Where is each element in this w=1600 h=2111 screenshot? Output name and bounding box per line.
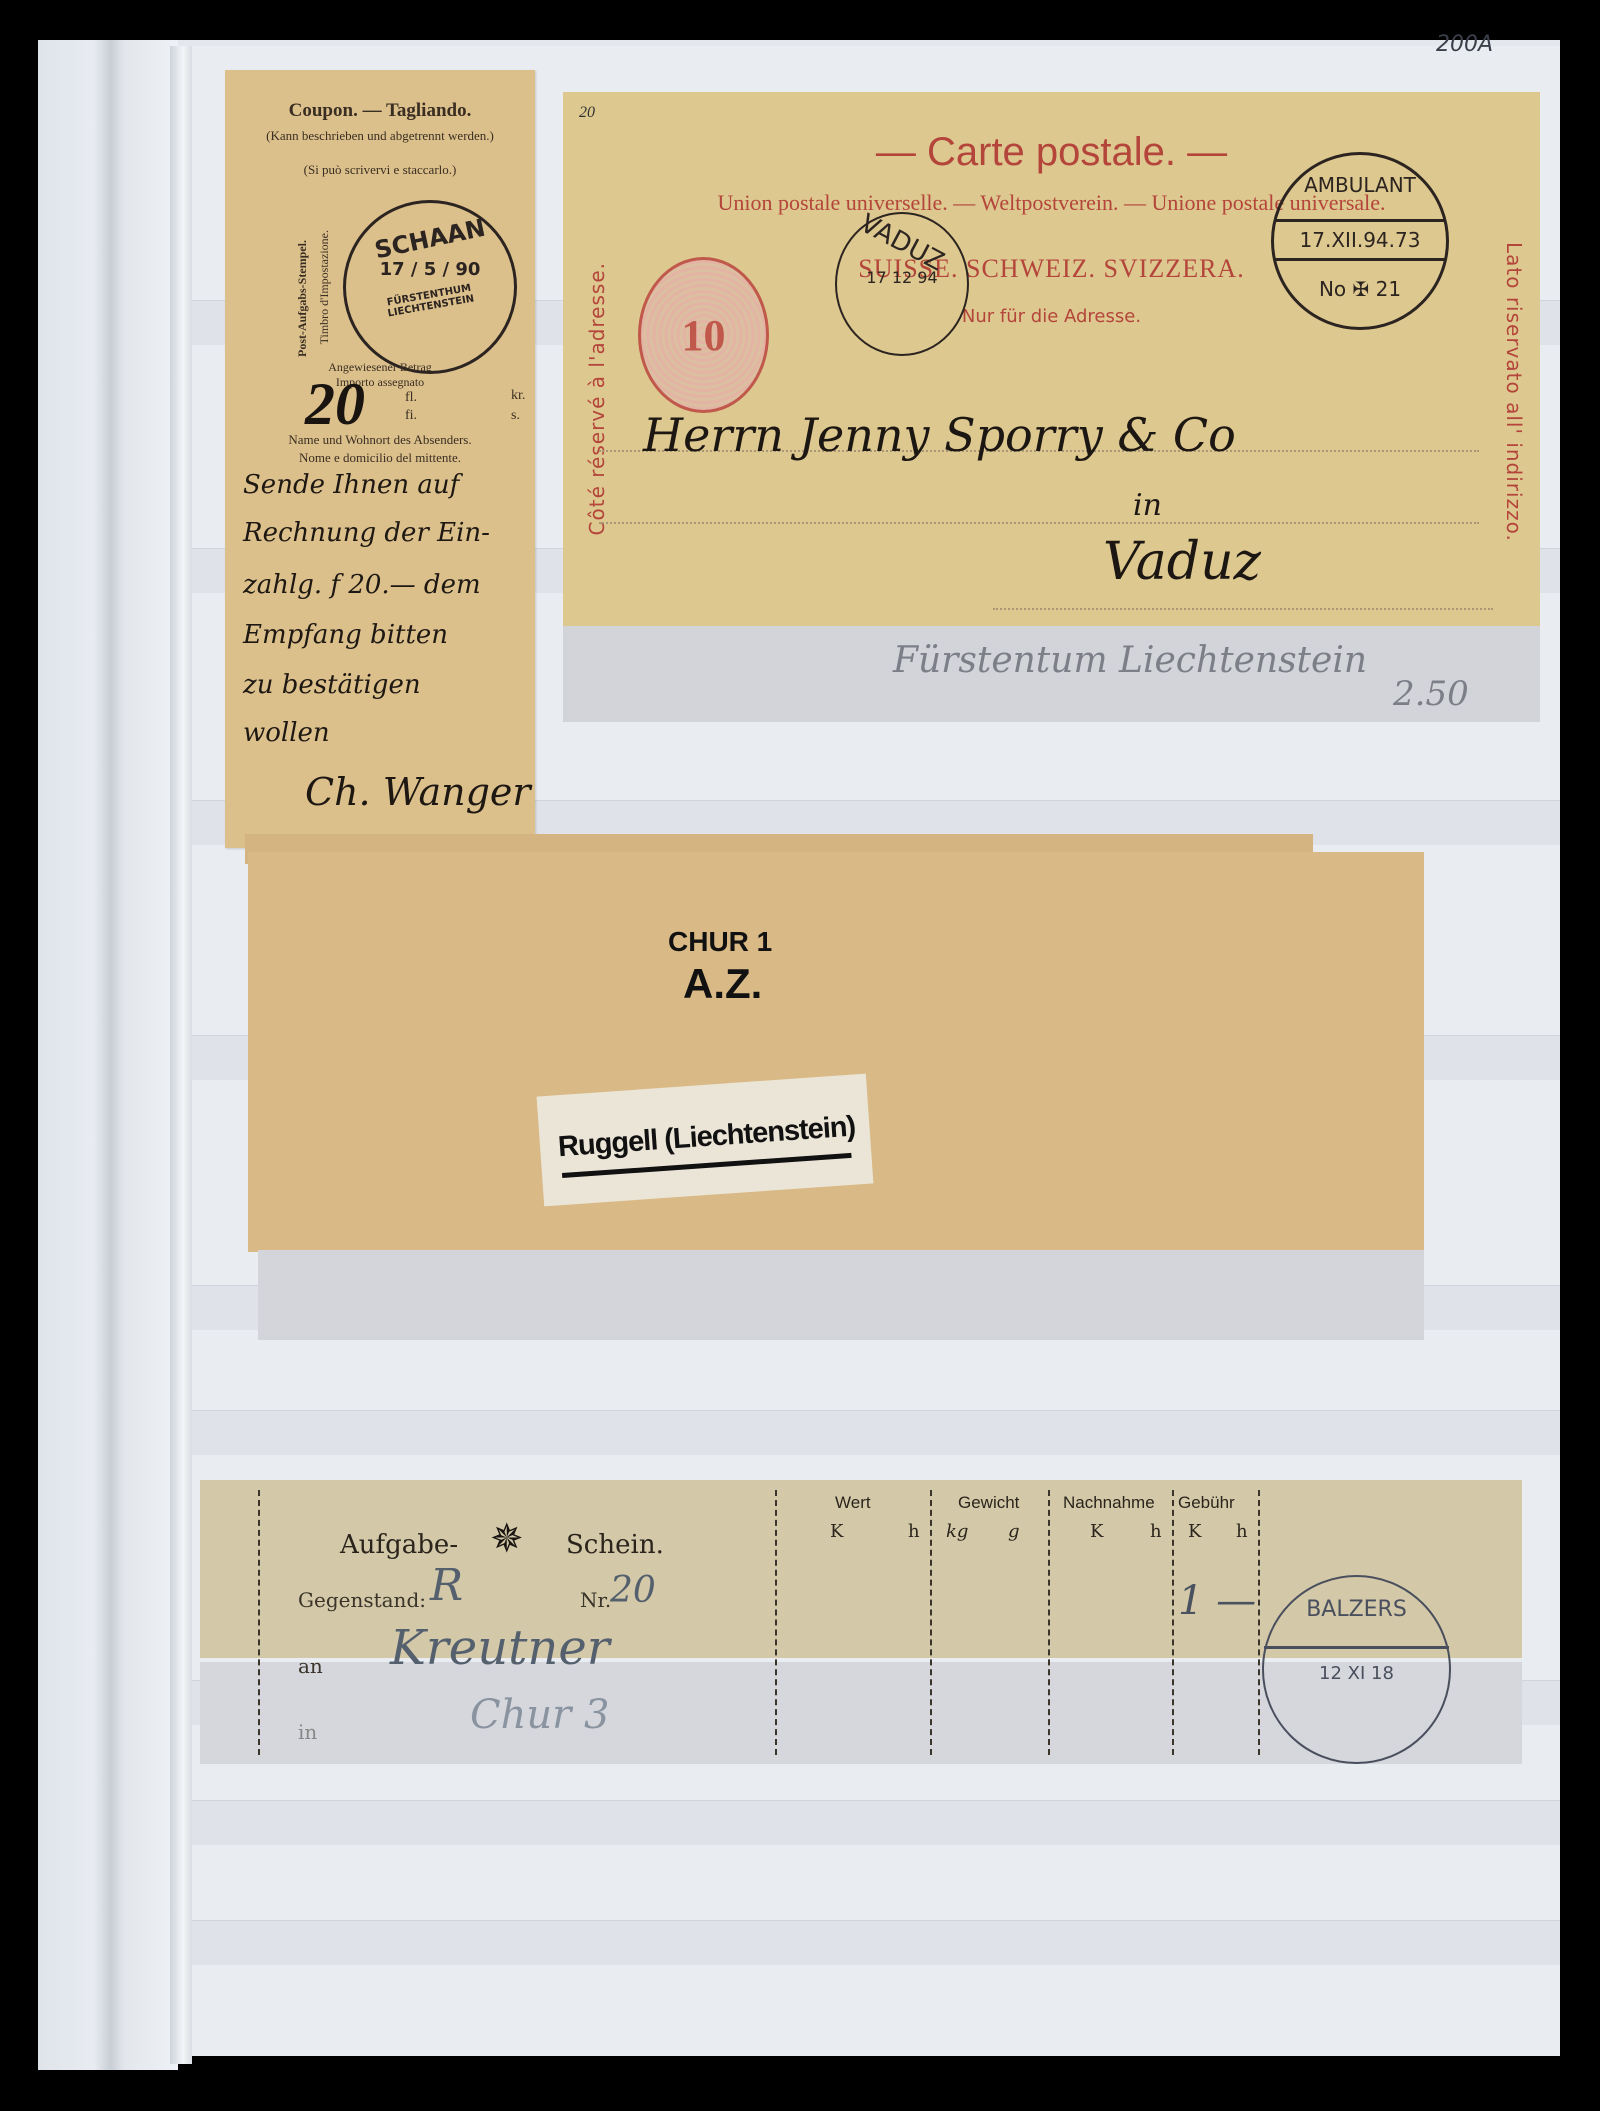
vertical-text-right: Lato riservato all' indirizzo.: [1502, 242, 1526, 542]
vaduz-postmark: VADUZ 17 12 94: [835, 212, 969, 356]
wrapper-office-line: CHUR 1: [668, 926, 772, 958]
coupon-subtitle-de: (Kann beschrieben und abgetrennt werden.…: [235, 128, 525, 144]
handwritten-line: zu bestätigen: [243, 670, 421, 700]
sender-label-it: Nome e domicilio del mittente.: [225, 450, 535, 466]
address-dotted-line: [993, 608, 1493, 610]
unit-k: K: [1090, 1521, 1103, 1542]
receipt-column-divider: [1258, 1490, 1260, 1755]
postal-card[interactable]: 20 — Carte postale. — Union postale univ…: [563, 92, 1540, 722]
handwritten-line: Rechnung der Ein-: [243, 518, 490, 548]
album-spine: [38, 40, 178, 2070]
receipt-column-divider: [1048, 1490, 1050, 1755]
receipt-column-divider: [1172, 1490, 1174, 1755]
unit-fl: fl.: [405, 390, 417, 406]
column-head-gebuehr: Gebühr: [1178, 1493, 1235, 1513]
column-head-nachnahme: Nachnahme: [1063, 1493, 1155, 1513]
sender-label-de: Name und Wohnort des Absenders.: [225, 432, 535, 448]
unit-h: h: [1150, 1521, 1162, 1542]
pencil-note: Fürstentum Liechtenstein: [893, 640, 1367, 681]
unit-g: g: [1008, 1521, 1020, 1542]
stock-strip: [192, 1800, 1560, 1845]
unit-h: h: [1236, 1521, 1248, 1542]
double-eagle-icon: ✵: [490, 1515, 524, 1562]
address-dotted-line: [599, 522, 1479, 524]
vertical-text-left: Côté réservé à l'adresse.: [585, 262, 609, 535]
pencil-price: 2.50: [1393, 674, 1469, 714]
receipt-column-divider: [775, 1490, 777, 1755]
handwritten-line: Sende Ihnen auf: [243, 470, 459, 500]
column-head-wert: Wert: [835, 1493, 871, 1513]
schaan-postmark: SCHAAN 17 / 5 / 90 FÜRSTENTHUM LIECHTENS…: [343, 200, 517, 374]
postmark-date: 17.XII.94.73: [1274, 219, 1446, 261]
field-to-label: an: [298, 1654, 323, 1678]
newspaper-wrapper[interactable]: [248, 852, 1424, 1252]
hw-object: R: [430, 1560, 463, 1611]
coupon-vertical-de: Post-Aufgabs-Stempel.: [295, 240, 310, 357]
unit-s: s.: [511, 408, 520, 424]
column-head-gewicht: Gewicht: [958, 1493, 1019, 1513]
address-preposition: in: [1133, 488, 1162, 523]
unit-fi: fi.: [405, 408, 417, 424]
coupon-subtitle-it: (Si può scrivervi e staccarlo.): [225, 162, 535, 178]
receipt-column-divider: [930, 1490, 932, 1755]
field-in-label: in: [298, 1720, 317, 1744]
amount-label-de: Angewiesener Betrag: [225, 360, 535, 375]
postmark-town: BALZERS: [1264, 1597, 1449, 1622]
indicium-value: 10: [641, 310, 766, 361]
stock-strip: [192, 1920, 1560, 1965]
corner-note: 20: [579, 104, 595, 122]
page-edge: [170, 46, 192, 2064]
hw-number: 20: [610, 1570, 656, 1611]
unit-kr: kr.: [511, 388, 525, 404]
address-label: Ruggell (Liechtenstein): [537, 1074, 874, 1207]
postmark-date: 12 XI 18: [1264, 1646, 1449, 1684]
address-recipient: Herrn Jenny Sporry & Co: [643, 408, 1236, 462]
money-order-coupon[interactable]: Coupon. — Tagliando. (Kann beschrieben u…: [225, 70, 535, 848]
receipt-border: [258, 1490, 260, 1755]
receipt-title-left: Aufgabe-: [340, 1530, 458, 1560]
unit-kg: kg: [946, 1521, 968, 1542]
hw-fee: 1 —: [1178, 1578, 1256, 1624]
handwritten-line: Empfang bitten: [243, 620, 448, 650]
address-town: Vaduz: [1103, 532, 1261, 592]
unit-k: K: [830, 1521, 843, 1542]
receipt-title-right: Schein.: [566, 1530, 664, 1560]
swiss-cross-indicium-icon: 10: [638, 257, 769, 413]
wrapper-az-line: A.Z.: [683, 960, 762, 1008]
handwritten-line: wollen: [243, 718, 330, 748]
unit-h: h: [908, 1521, 920, 1542]
page-number: 200A: [1436, 32, 1493, 57]
handwritten-line: zahlg. f 20.— dem: [243, 570, 481, 600]
coupon-amount: 20: [305, 370, 365, 439]
postmark-top: AMBULANT: [1274, 173, 1446, 197]
postmark-country: FÜRSTENTHUM LIECHTENSTEIN: [345, 276, 514, 327]
balzers-postmark: BALZERS 12 XI 18: [1262, 1575, 1451, 1764]
hw-recipient: Kreutner: [390, 1620, 610, 1676]
field-object-label: Gegenstand:: [298, 1588, 426, 1612]
coupon-vertical-it: Timbro d'Impostazione.: [317, 230, 332, 344]
hw-place: Chur 3: [470, 1692, 609, 1738]
unit-k: K: [1188, 1521, 1201, 1542]
ambulant-postmark: AMBULANT 17.XII.94.73 No ✠ 21: [1271, 152, 1449, 330]
strip-overlay: [258, 1250, 1424, 1340]
field-number-label: Nr.: [580, 1588, 611, 1612]
coupon-title: Coupon. — Tagliando.: [225, 100, 535, 122]
signature: Ch. Wanger: [305, 770, 531, 814]
amount-label-it: Importo assegnato: [225, 375, 535, 390]
stock-strip: [192, 1410, 1560, 1455]
postmark-bottom: No ✠ 21: [1274, 277, 1446, 301]
